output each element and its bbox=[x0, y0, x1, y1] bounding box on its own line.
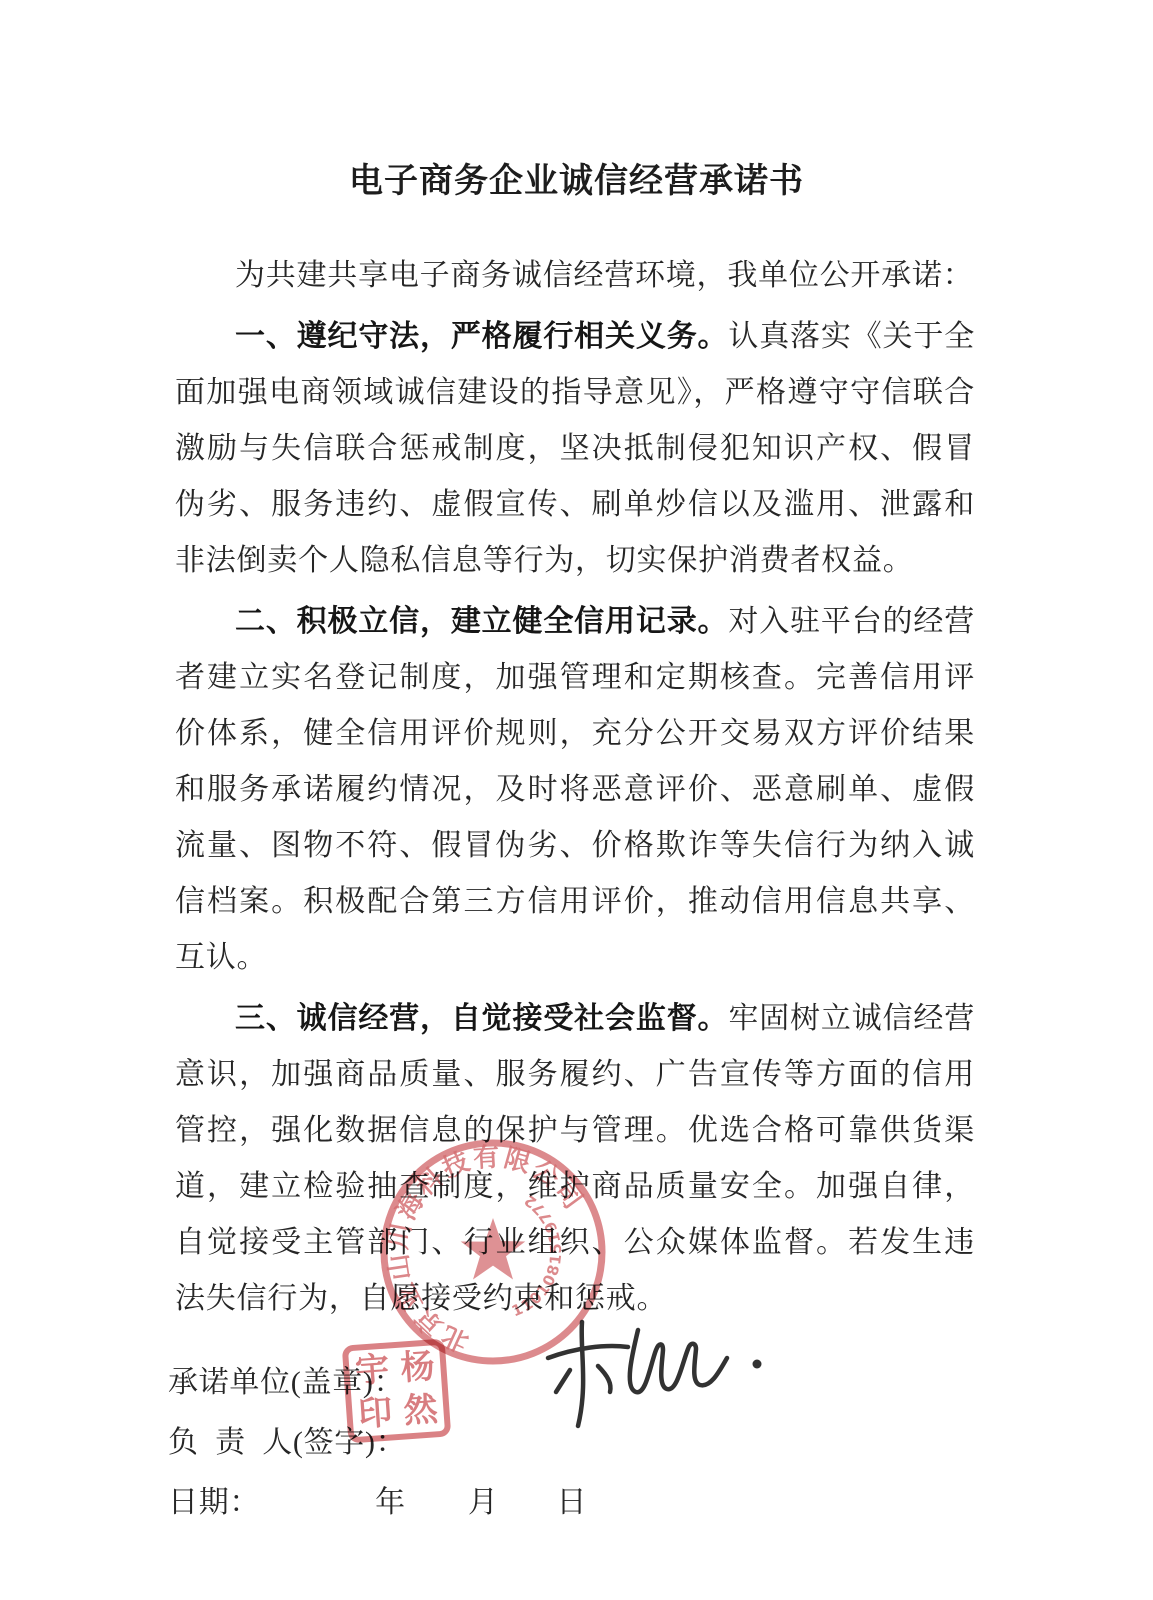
personal-seal-char-top-left: 宇 bbox=[354, 1353, 390, 1389]
intro-paragraph: 为共建共享电子商务诚信经营环境，我单位公开承诺： bbox=[175, 248, 975, 304]
section-3-paragraph: 三、诚信经营，自觉接受社会监督。牢固树立诚信经营意识，加强商品质量、服务履约、广… bbox=[175, 991, 975, 1327]
section-1-body: 认真落实《关于全面加强电商领域诚信建设的指导意见》，严格遵守守信联合激励与失信联… bbox=[175, 320, 975, 577]
personal-seal-char-bottom-left: 印 bbox=[357, 1396, 393, 1432]
signoff-block: 承诺单位(盖章)： 负 责 人(签字)： 日期：年月日 bbox=[168, 1353, 1153, 1533]
personal-seal-char-bottom-right: 然 bbox=[403, 1393, 439, 1429]
date-year-label: 年 bbox=[375, 1486, 406, 1519]
personal-seal-char-top-right: 杨 bbox=[400, 1350, 436, 1386]
section-3-body: 牢固树立诚信经营意识，加强商品质量、服务履约、广告宣传等方面的信用管控，强化数据… bbox=[175, 1002, 975, 1315]
signer-line: 负 责 人(签字)： bbox=[168, 1413, 1153, 1473]
section-2-lead: 二、积极立信，建立健全信用记录。 bbox=[235, 605, 728, 638]
document-body: 为共建共享电子商务诚信经营环境，我单位公开承诺： 一、遵纪守法，严格履行相关义务… bbox=[175, 248, 975, 1327]
date-day-label: 日 bbox=[557, 1486, 588, 1519]
document-title: 电子商务企业诚信经营承诺书 bbox=[0, 0, 1153, 204]
section-2-body: 对入驻平台的经营者建立实名登记制度，加强管理和定期核查。完善信用评价体系，健全信… bbox=[175, 605, 975, 974]
section-1-lead: 一、遵纪守法，严格履行相关义务。 bbox=[235, 320, 728, 353]
scanned-document-page: 电子商务企业诚信经营承诺书 为共建共享电子商务诚信经营环境，我单位公开承诺： 一… bbox=[0, 0, 1153, 1600]
date-month-label: 月 bbox=[468, 1486, 499, 1519]
personal-name-seal: 宇 杨 印 然 bbox=[342, 1339, 452, 1444]
unit-seal-line: 承诺单位(盖章)： bbox=[168, 1353, 1153, 1413]
section-3-lead: 三、诚信经营，自觉接受社会监督。 bbox=[235, 1002, 728, 1035]
section-1-paragraph: 一、遵纪守法，严格履行相关义务。认真落实《关于全面加强电商领域诚信建设的指导意见… bbox=[175, 309, 975, 589]
date-line: 日期：年月日 bbox=[168, 1473, 1153, 1533]
date-label: 日期： bbox=[168, 1486, 260, 1519]
section-2-paragraph: 二、积极立信，建立健全信用记录。对入驻平台的经营者建立实名登记制度，加强管理和定… bbox=[175, 594, 975, 986]
